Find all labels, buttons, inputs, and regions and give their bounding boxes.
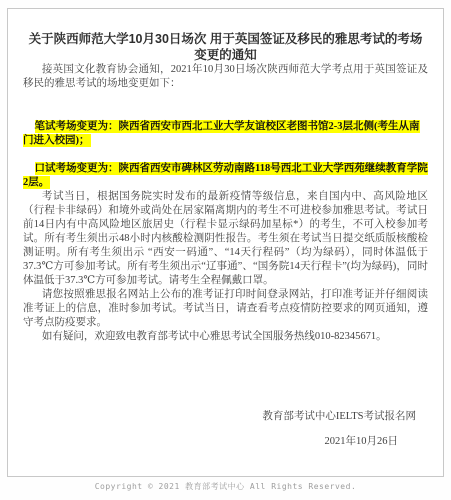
written-test-change-line: 笔试考场变更为：陕西省西安市西北工业大学友谊校区老图书馆2-3层北侧(考生从南门…	[23, 120, 428, 148]
intro-paragraph: 接英国文化教育协会通知，2021年10月30日场次陕西师范大学考点用于英国签证及…	[23, 63, 428, 91]
notice-title: 关于陕西师范大学10月30日场次 用于英国签证及移民的雅思考试的考场变更的通知	[23, 31, 428, 63]
covid-policy-paragraph: 考试当日，根据国务院实时发布的最新疫情等级信息，来自国内中、高风险地区（行程卡非…	[23, 190, 428, 288]
copyright-footer: Copyright © 2021 教育部考试中心 All Rights Rese…	[0, 481, 451, 492]
admission-ticket-paragraph: 请您按照雅思报名网站上公布的准考证打印时间登录网站，打印准考证并仔细阅读准考证上…	[23, 288, 428, 330]
oral-test-change-highlight: 口试考场变更为：陕西省西安市碑林区劳动南路118号西北工业大学西苑继续教育学院2…	[23, 162, 428, 189]
issuer-signature: 教育部考试中心IELTS考试报名网	[23, 410, 416, 424]
written-test-change-highlight: 笔试考场变更为：陕西省西安市西北工业大学友谊校区老图书馆2-3层北侧(考生从南门…	[23, 120, 420, 147]
notice-content-frame: 关于陕西师范大学10月30日场次 用于英国签证及移民的雅思考试的考场变更的通知 …	[7, 8, 444, 477]
issue-date: 2021年10月26日	[23, 435, 398, 449]
notice-page: 关于陕西师范大学10月30日场次 用于英国签证及移民的雅思考试的考场变更的通知 …	[0, 0, 451, 500]
hotline-paragraph: 如有疑问，欢迎致电教育部考试中心雅思考试全国服务热线010-82345671。	[23, 330, 428, 344]
oral-test-change-line: 口试考场变更为：陕西省西安市碑林区劳动南路118号西北工业大学西苑继续教育学院2…	[23, 162, 428, 190]
